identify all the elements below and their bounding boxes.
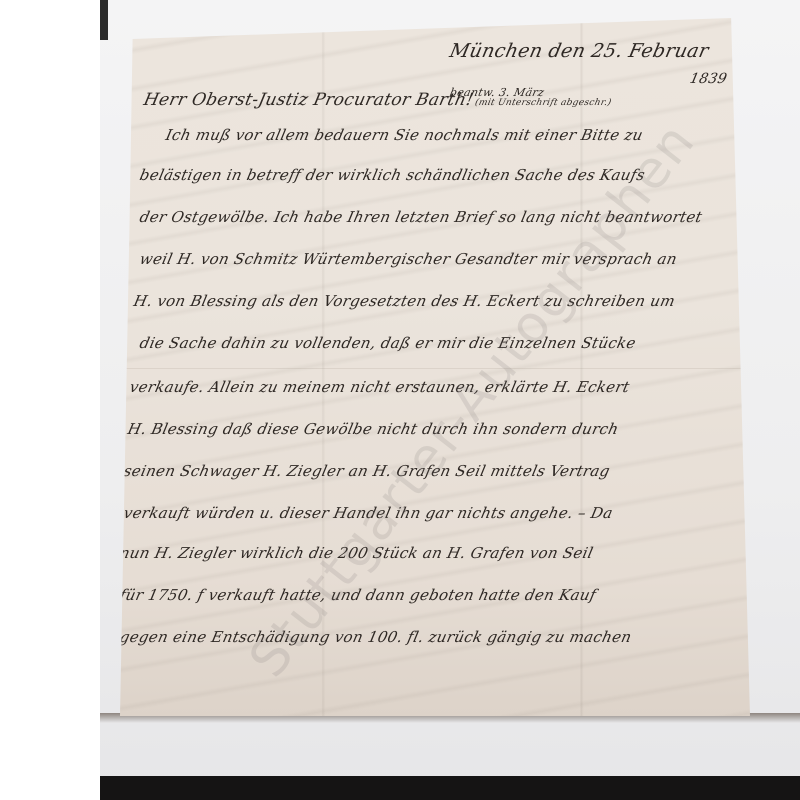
letter-line: belästigen in betreff der wirklich schän… xyxy=(138,166,647,184)
letter-line: der Ostgewölbe. Ich habe Ihren letzten B… xyxy=(138,208,704,226)
backdrop-dark-edge xyxy=(100,0,108,40)
year: 1839 xyxy=(688,71,728,87)
letter-line: H. Blessing daß diese Gewölbe nicht durc… xyxy=(126,420,620,438)
letter-line: die Sache dahin zu vollenden, daß er mir… xyxy=(138,334,638,352)
letter-line: H. von Blessing als den Vorgesetzten des… xyxy=(132,292,677,310)
place-date: München den 25. Februar xyxy=(448,40,711,62)
fold-crease xyxy=(120,368,750,369)
letter-line: Ich muß vor allem bedauern Sie nochmals … xyxy=(164,126,645,144)
letter-line: nun H. Ziegler wirklich die 200 Stück an… xyxy=(118,544,595,562)
letter-line: gegen eine Entschädigung von 100. fl. zu… xyxy=(118,628,633,646)
salutation-note: (mit Unterschrift abgeschr.) xyxy=(474,98,612,108)
letter-line: für 1750. f verkauft hatte, und dann geb… xyxy=(118,586,598,604)
dark-table-edge xyxy=(100,776,800,800)
letter-line: verkauft würden u. dieser Handel ihn gar… xyxy=(122,504,614,522)
letter-line: verkaufe. Allein zu meinem nicht erstaun… xyxy=(128,378,631,396)
letter-line: weil H. von Schmitz Würtembergischer Ges… xyxy=(138,250,679,268)
letter-sheet: 397 München den 25. Februar 1839 beantw.… xyxy=(120,18,750,716)
letter-line: seinen Schwager H. Ziegler an H. Grafen … xyxy=(122,462,612,480)
ink-bleed-through xyxy=(120,18,750,716)
salutation: Herr Oberst-Justiz Procurator Barth! xyxy=(142,90,476,110)
